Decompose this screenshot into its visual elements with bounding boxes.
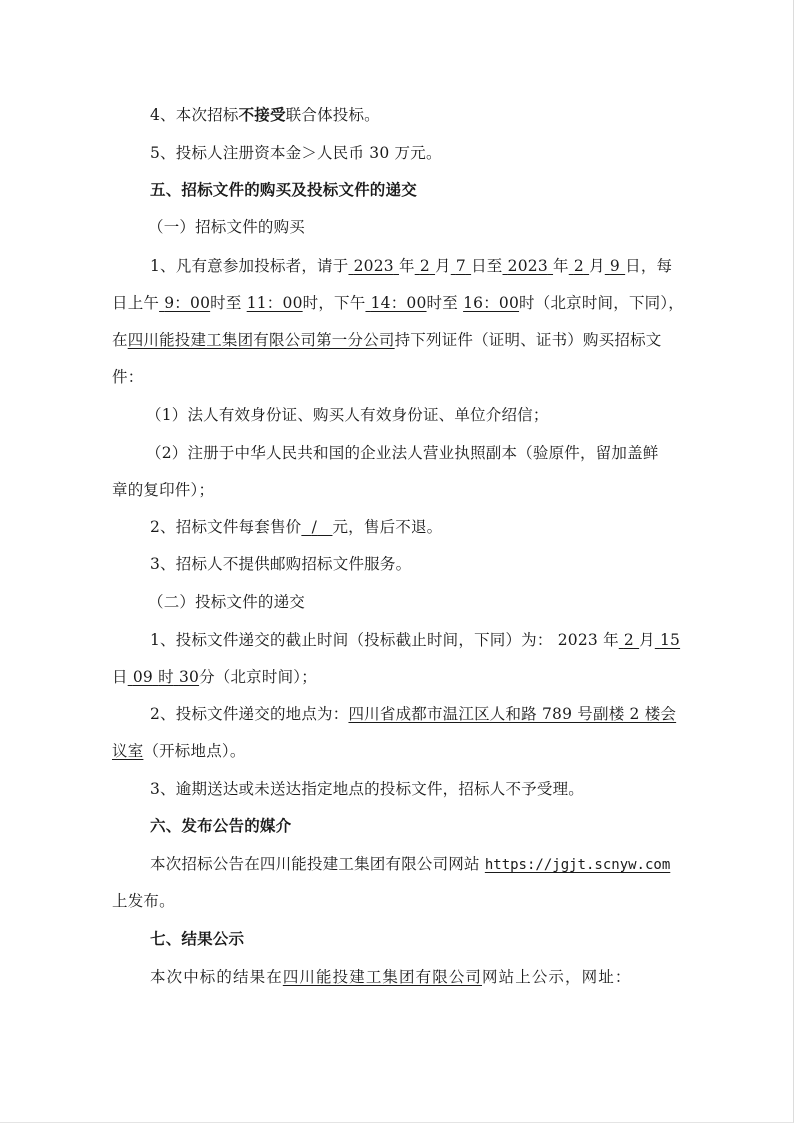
text: 年 [399,257,415,275]
deadline-hour: 09 [133,668,153,686]
announcement-media-line-2: 上发布。 [112,891,668,911]
deadline-line-1: 1、投标文件递交的截止时间（投标截止时间，下同）为： 2023 年 2 月 15 [150,630,668,650]
text: 月 [589,257,605,275]
item-4-bold: 不接受 [239,106,286,124]
text: 在 [112,331,128,349]
document-price: 2、招标文件每套售价 / 元，售后不退。 [150,517,668,537]
requirement-2-line-2: 章的复印件）； [112,480,668,500]
pm-start: 14：00 [365,294,426,312]
text: 持下列证件（证明、证书）购买招标文 [395,331,662,349]
deadline-line-2: 日 09 时 30分（北京时间）； [112,667,668,687]
purchase-line-4: 件： [112,367,668,387]
end-day: 9 [605,257,625,275]
no-mail-order: 3、招标人不提供邮购招标文件服务。 [150,554,668,574]
announcement-media-line-1: 本次招标公告在四川能投建工集团有限公司网站 https://jgjt.scnyw… [150,854,668,875]
text: 日上午 [112,294,159,312]
text: 日，每 [625,257,672,275]
am-end-value: 11：00 [247,294,303,312]
text: 时，下午 [303,294,366,312]
text: 2、投标文件递交的地点为： [150,705,348,723]
website-link[interactable]: https://jgjt.scnyw.com [485,857,670,873]
text: 元，售后不退。 [332,518,442,536]
item-5: 5、投标人注册资本金＞人民币 30 万元。 [150,143,668,163]
section-7-heading: 七、结果公示 [150,929,668,949]
text: （开标地点）。 [143,742,245,760]
pm-end-value: 16：00 [463,294,519,312]
section-6-heading: 六、发布公告的媒介 [150,816,668,836]
text: 2、招标文件每套售价 [150,518,301,536]
am-start: 9：00 [159,294,210,312]
start-day: 7 [451,257,471,275]
deadline-month: 2 [619,631,639,649]
late-submission-note: 3、逾期送达或未送达指定地点的投标文件，招标人不予受理。 [150,779,668,799]
deadline-time: 09 时 30 [128,668,199,686]
text: 时（北京时间，下同）， [519,294,684,312]
pm-end: 16：00 [463,294,519,312]
subsection-2-title: （二）投标文件的递交 [148,592,704,612]
submission-address: 四川省成都市温江区人和路 789 号副楼 2 楼会 [348,705,676,723]
text: 时至 [210,294,241,312]
requirement-1: （1）法人有效身份证、购买人有效身份证、单位介绍信； [146,405,702,425]
price-value-text: / [312,518,317,536]
text: 分（北京时间）； [199,668,317,686]
deadline-day-value: 15 [660,631,680,649]
pm-start-value: 14：00 [371,294,427,312]
end-day-value: 9 [610,257,620,275]
end-month: 2 [569,257,589,275]
text: 1、凡有意参加投标者，请于 [150,257,348,275]
text: 日至 [471,257,502,275]
text: 月 [639,631,655,649]
deadline-minute: 30 [179,668,199,686]
result-company: 四川能投建工集团有限公司 [283,968,482,986]
item-4: 4、本次招标不接受联合体投标。 [150,105,668,125]
section-5-heading: 五、招标文件的购买及投标文件的递交 [150,180,668,200]
am-end: 11：00 [247,294,303,312]
end-month-value: 2 [574,257,584,275]
text: 1、投标文件递交的截止时间（投标截止时间，下同）为： 2023 年 [150,631,619,649]
purchase-period-line-2: 日上午 9：00时至 11：00时，下午 14：00时至 16：00时（北京时间… [112,293,668,313]
requirement-2-line-1: （2）注册于中华人民共和国的企业法人营业执照副本（验原件，留加盖鲜 [146,443,702,463]
start-year: 2023 [348,257,399,275]
submission-address-cont: 议室 [112,742,143,760]
hour-unit: 时 [158,668,174,686]
text: 网站上公示，网址： [482,968,631,986]
text: 日 [112,668,128,686]
deadline-month-value: 2 [624,631,634,649]
start-day-value: 7 [456,257,466,275]
start-month: 2 [415,257,435,275]
subsection-1-title: （一）招标文件的购买 [148,217,704,237]
am-start-value: 9：00 [164,294,210,312]
start-year-value: 2023 [354,257,394,275]
item-4-suffix: 联合体投标。 [286,106,380,124]
text: 本次中标的结果在 [150,968,283,986]
result-publication-line: 本次中标的结果在四川能投建工集团有限公司网站上公示，网址： [150,967,668,987]
purchase-location-line: 在四川能投建工集团有限公司第一分公司持下列证件（证明、证书）购买招标文 [112,330,668,350]
document-page: 4、本次招标不接受联合体投标。 5、投标人注册资本金＞人民币 30 万元。 五、… [0,0,794,1123]
text: 年 [553,257,569,275]
purchase-period-line-1: 1、凡有意参加投标者，请于 2023 年 2 月 7 日至 2023 年 2 月… [150,256,668,276]
submission-address-line-2: 议室（开标地点）。 [112,741,668,761]
text: 本次招标公告在四川能投建工集团有限公司网站 [150,855,480,873]
end-year: 2023 [503,257,554,275]
end-year-value: 2023 [508,257,548,275]
text: 月 [435,257,451,275]
item-4-prefix: 4、本次招标 [150,106,239,124]
text: 时至 [427,294,458,312]
deadline-day: 15 [655,631,680,649]
purchase-location: 四川能投建工集团有限公司第一分公司 [128,331,395,349]
price-value: / [301,518,332,536]
start-month-value: 2 [420,257,430,275]
submission-address-line-1: 2、投标文件递交的地点为：四川省成都市温江区人和路 789 号副楼 2 楼会 [150,704,668,724]
